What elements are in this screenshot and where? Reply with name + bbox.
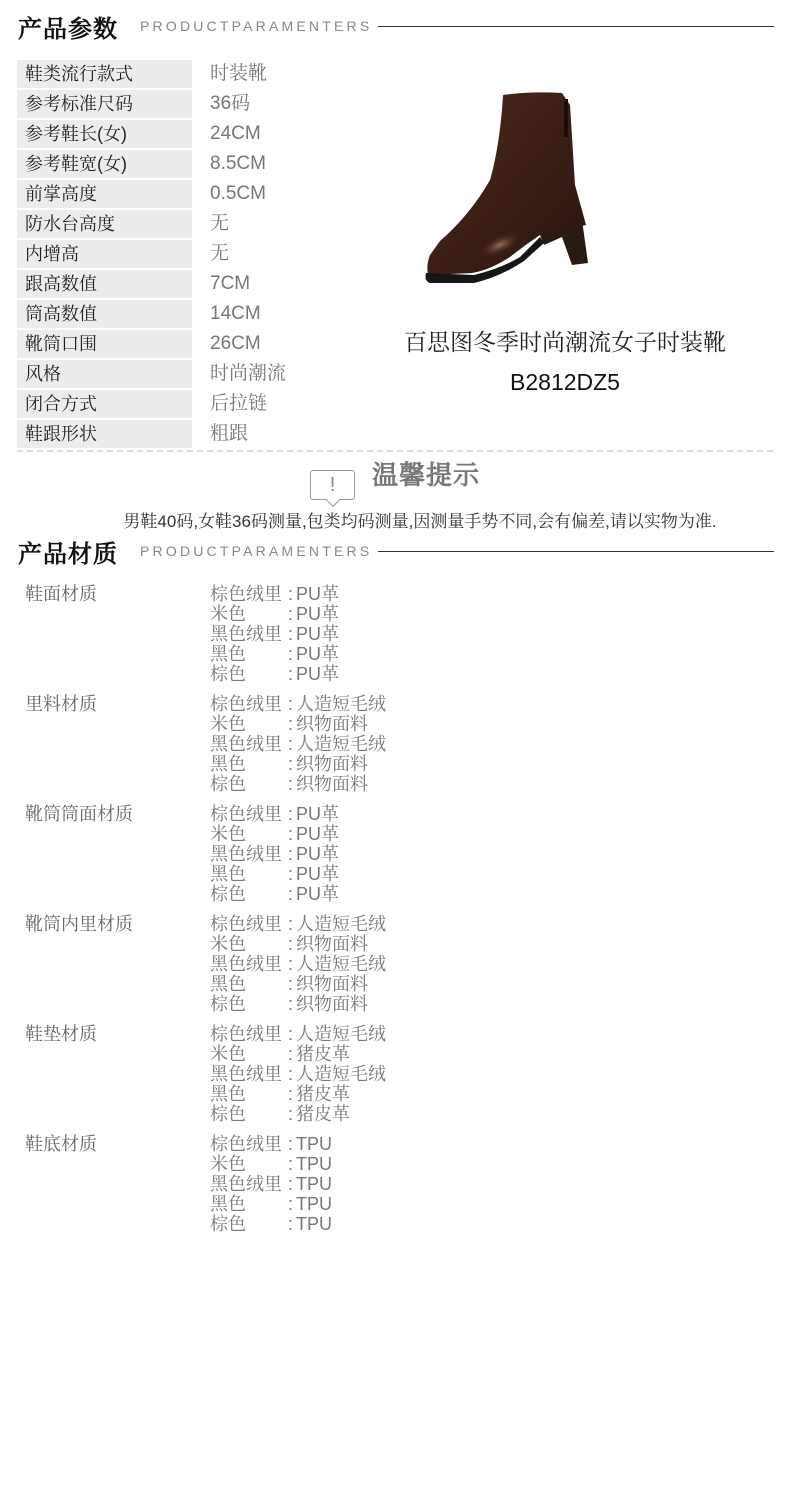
material-value: TPU [294,1154,332,1174]
exclamation-icon: ! [310,470,355,500]
param-label: 鞋跟形状 [17,420,192,448]
material-value: 人造短毛绒 [294,1064,386,1084]
materials-section-subtitle: PRODUCTPARAMENTERS [140,543,372,559]
param-value: 时尚潮流 [192,360,286,390]
material-value: 织物面料 [294,774,368,794]
material-group: 鞋面材质棕色绒里:PU革米色:PU革黑色绒里:PU革黑色:PU革棕色:PU革 [25,584,525,684]
material-group: 鞋底材质棕色绒里:TPU米色:TPU黑色绒里:TPU黑色:TPU棕色:TPU [25,1134,525,1234]
param-row: 防水台高度无 [17,210,317,240]
color-variant: 棕色 [210,664,288,684]
params-section-title: 产品参数 [18,9,118,44]
param-value: 无 [192,240,229,270]
material-value: 猪皮革 [294,1044,350,1064]
param-row: 参考鞋宽(女)8.5CM [17,150,317,180]
material-lines: 棕色绒里:PU革米色:PU革黑色绒里:PU革黑色:PU革棕色:PU革 [210,804,339,904]
material-line: 棕色:TPU [210,1214,332,1234]
param-value: 0.5CM [192,180,266,210]
param-value: 7CM [192,270,250,300]
material-value: PU革 [294,644,339,664]
color-variant: 棕色绒里 [210,1024,288,1044]
color-variant: 黑色 [210,974,288,994]
material-line: 棕色:织物面料 [210,994,386,1014]
product-card: 百思图冬季时尚潮流女子时装靴 B2812DZ5 [390,85,740,397]
color-variant: 棕色绒里 [210,914,288,934]
material-value: PU革 [294,624,339,644]
color-variant: 米色 [210,934,288,954]
color-variant: 黑色绒里 [210,954,288,974]
param-value: 36码 [192,90,250,120]
color-variant: 黑色绒里 [210,1174,288,1194]
param-value: 时装靴 [192,60,267,90]
material-group: 靴筒内里材质棕色绒里:人造短毛绒米色:织物面料黑色绒里:人造短毛绒黑色:织物面料… [25,914,525,1014]
material-label: 鞋面材质 [25,584,210,684]
param-label: 筒高数值 [17,300,192,328]
param-label: 内增高 [17,240,192,268]
color-variant: 米色 [210,824,288,844]
dashed-divider [17,450,773,452]
material-value: 人造短毛绒 [294,914,386,934]
param-label: 参考鞋长(女) [17,120,192,148]
boot-icon [390,85,740,310]
material-value: 织物面料 [294,974,368,994]
color-variant: 黑色绒里 [210,734,288,754]
material-line: 黑色:PU革 [210,864,339,884]
param-label: 跟高数值 [17,270,192,298]
tip-title: 温馨提示 [372,455,480,492]
color-variant: 黑色 [210,1194,288,1214]
material-value: PU革 [294,604,339,624]
material-lines: 棕色绒里:TPU米色:TPU黑色绒里:TPU黑色:TPU棕色:TPU [210,1134,332,1234]
material-value: 猪皮革 [294,1084,350,1104]
materials-section-title: 产品材质 [18,534,118,569]
product-image [390,85,740,310]
color-variant: 黑色绒里 [210,1064,288,1084]
material-line: 棕色绒里:PU革 [210,584,339,604]
material-line: 棕色绒里:TPU [210,1134,332,1154]
material-value: PU革 [294,824,339,844]
material-line: 棕色:PU革 [210,884,339,904]
material-group: 鞋垫材质棕色绒里:人造短毛绒米色:猪皮革黑色绒里:人造短毛绒黑色:猪皮革棕色:猪… [25,1024,525,1124]
material-lines: 棕色绒里:人造短毛绒米色:猪皮革黑色绒里:人造短毛绒黑色:猪皮革棕色:猪皮革 [210,1024,386,1124]
product-name: 百思图冬季时尚潮流女子时装靴 [390,327,740,357]
material-line: 棕色:PU革 [210,664,339,684]
material-value: 织物面料 [294,714,368,734]
material-line: 棕色绒里:人造短毛绒 [210,1024,386,1044]
material-value: TPU [294,1174,332,1194]
param-row: 风格时尚潮流 [17,360,317,390]
material-label: 鞋垫材质 [25,1024,210,1124]
param-label: 闭合方式 [17,390,192,418]
param-row: 靴筒口围26CM [17,330,317,360]
material-line: 黑色:TPU [210,1194,332,1214]
material-line: 黑色绒里:人造短毛绒 [210,954,386,974]
material-lines: 棕色绒里:人造短毛绒米色:织物面料黑色绒里:人造短毛绒黑色:织物面料棕色:织物面… [210,914,386,1014]
param-row: 跟高数值7CM [17,270,317,300]
material-line: 棕色:猪皮革 [210,1104,386,1124]
param-value: 粗跟 [192,420,248,450]
material-label: 鞋底材质 [25,1134,210,1234]
material-label: 里料材质 [25,694,210,794]
materials-list: 鞋面材质棕色绒里:PU革米色:PU革黑色绒里:PU革黑色:PU革棕色:PU革里料… [25,584,525,1244]
param-value: 后拉链 [192,390,267,420]
param-row: 参考标准尺码36码 [17,90,317,120]
param-label: 靴筒口围 [17,330,192,358]
material-line: 黑色绒里:人造短毛绒 [210,1064,386,1084]
params-section-header: 产品参数 PRODUCTPARAMENTERS [18,9,774,43]
material-line: 米色:PU革 [210,604,339,624]
material-line: 米色:TPU [210,1154,332,1174]
materials-section-header: 产品材质 PRODUCTPARAMENTERS [18,534,774,568]
material-value: 织物面料 [294,994,368,1014]
color-variant: 棕色 [210,774,288,794]
color-variant: 米色 [210,714,288,734]
product-model: B2812DZ5 [390,367,740,397]
color-variant: 黑色 [210,644,288,664]
color-variant: 米色 [210,604,288,624]
material-value: 人造短毛绒 [294,694,386,714]
material-value: TPU [294,1134,332,1154]
material-group: 里料材质棕色绒里:人造短毛绒米色:织物面料黑色绒里:人造短毛绒黑色:织物面料棕色… [25,694,525,794]
material-value: PU革 [294,864,339,884]
param-row: 内增高无 [17,240,317,270]
material-value: PU革 [294,584,339,604]
material-line: 棕色绒里:人造短毛绒 [210,914,386,934]
color-variant: 棕色 [210,1214,288,1234]
material-line: 黑色绒里:PU革 [210,844,339,864]
material-value: TPU [294,1194,332,1214]
color-variant: 黑色 [210,754,288,774]
material-line: 米色:织物面料 [210,714,386,734]
color-variant: 棕色 [210,884,288,904]
material-line: 棕色绒里:PU革 [210,804,339,824]
material-line: 棕色绒里:人造短毛绒 [210,694,386,714]
param-row: 前掌高度0.5CM [17,180,317,210]
color-variant: 黑色 [210,1084,288,1104]
param-label: 前掌高度 [17,180,192,208]
param-value: 8.5CM [192,150,266,180]
param-value: 14CM [192,300,261,330]
exclamation-glyph: ! [311,473,354,497]
material-lines: 棕色绒里:人造短毛绒米色:织物面料黑色绒里:人造短毛绒黑色:织物面料棕色:织物面… [210,694,386,794]
param-value: 无 [192,210,229,240]
material-value: PU革 [294,884,339,904]
params-section-subtitle: PRODUCTPARAMENTERS [140,18,372,34]
header-rule [378,26,774,27]
material-line: 黑色绒里:PU革 [210,624,339,644]
param-label: 鞋类流行款式 [17,60,192,88]
param-value: 26CM [192,330,261,360]
param-row: 参考鞋长(女)24CM [17,120,317,150]
color-variant: 黑色绒里 [210,844,288,864]
color-variant: 棕色 [210,1104,288,1124]
material-lines: 棕色绒里:PU革米色:PU革黑色绒里:PU革黑色:PU革棕色:PU革 [210,584,339,684]
material-value: TPU [294,1214,332,1234]
material-line: 米色:PU革 [210,824,339,844]
material-line: 棕色:织物面料 [210,774,386,794]
param-value: 24CM [192,120,261,150]
material-line: 黑色:织物面料 [210,754,386,774]
material-line: 黑色:猪皮革 [210,1084,386,1104]
material-value: 猪皮革 [294,1104,350,1124]
header-rule [378,551,774,552]
material-label: 靴筒筒面材质 [25,804,210,904]
color-variant: 黑色 [210,864,288,884]
material-value: PU革 [294,664,339,684]
material-value: 人造短毛绒 [294,734,386,754]
material-value: 人造短毛绒 [294,954,386,974]
material-line: 黑色:织物面料 [210,974,386,994]
material-line: 黑色绒里:人造短毛绒 [210,734,386,754]
material-value: 人造短毛绒 [294,1024,386,1044]
material-line: 黑色绒里:TPU [210,1174,332,1194]
param-label: 防水台高度 [17,210,192,238]
tip-text: 男鞋40码,女鞋36码测量,包类均码测量,因测量手势不同,会有偏差,请以实物为准… [0,507,790,532]
param-row: 鞋类流行款式时装靴 [17,60,317,90]
material-line: 米色:猪皮革 [210,1044,386,1064]
color-variant: 棕色绒里 [210,584,288,604]
params-table: 鞋类流行款式时装靴参考标准尺码36码参考鞋长(女)24CM参考鞋宽(女)8.5C… [17,60,317,450]
material-group: 靴筒筒面材质棕色绒里:PU革米色:PU革黑色绒里:PU革黑色:PU革棕色:PU革 [25,804,525,904]
param-label: 参考标准尺码 [17,90,192,118]
param-row: 筒高数值14CM [17,300,317,330]
color-variant: 棕色绒里 [210,694,288,714]
param-row: 鞋跟形状粗跟 [17,420,317,450]
param-row: 闭合方式后拉链 [17,390,317,420]
color-variant: 黑色绒里 [210,624,288,644]
material-value: PU革 [294,804,339,824]
param-label: 参考鞋宽(女) [17,150,192,178]
color-variant: 棕色绒里 [210,1134,288,1154]
material-line: 黑色:PU革 [210,644,339,664]
material-line: 米色:织物面料 [210,934,386,954]
param-label: 风格 [17,360,192,388]
color-variant: 棕色 [210,994,288,1014]
material-value: 织物面料 [294,934,368,954]
color-variant: 米色 [210,1044,288,1064]
material-value: PU革 [294,844,339,864]
material-value: 织物面料 [294,754,368,774]
material-label: 靴筒内里材质 [25,914,210,1014]
color-variant: 米色 [210,1154,288,1174]
color-variant: 棕色绒里 [210,804,288,824]
